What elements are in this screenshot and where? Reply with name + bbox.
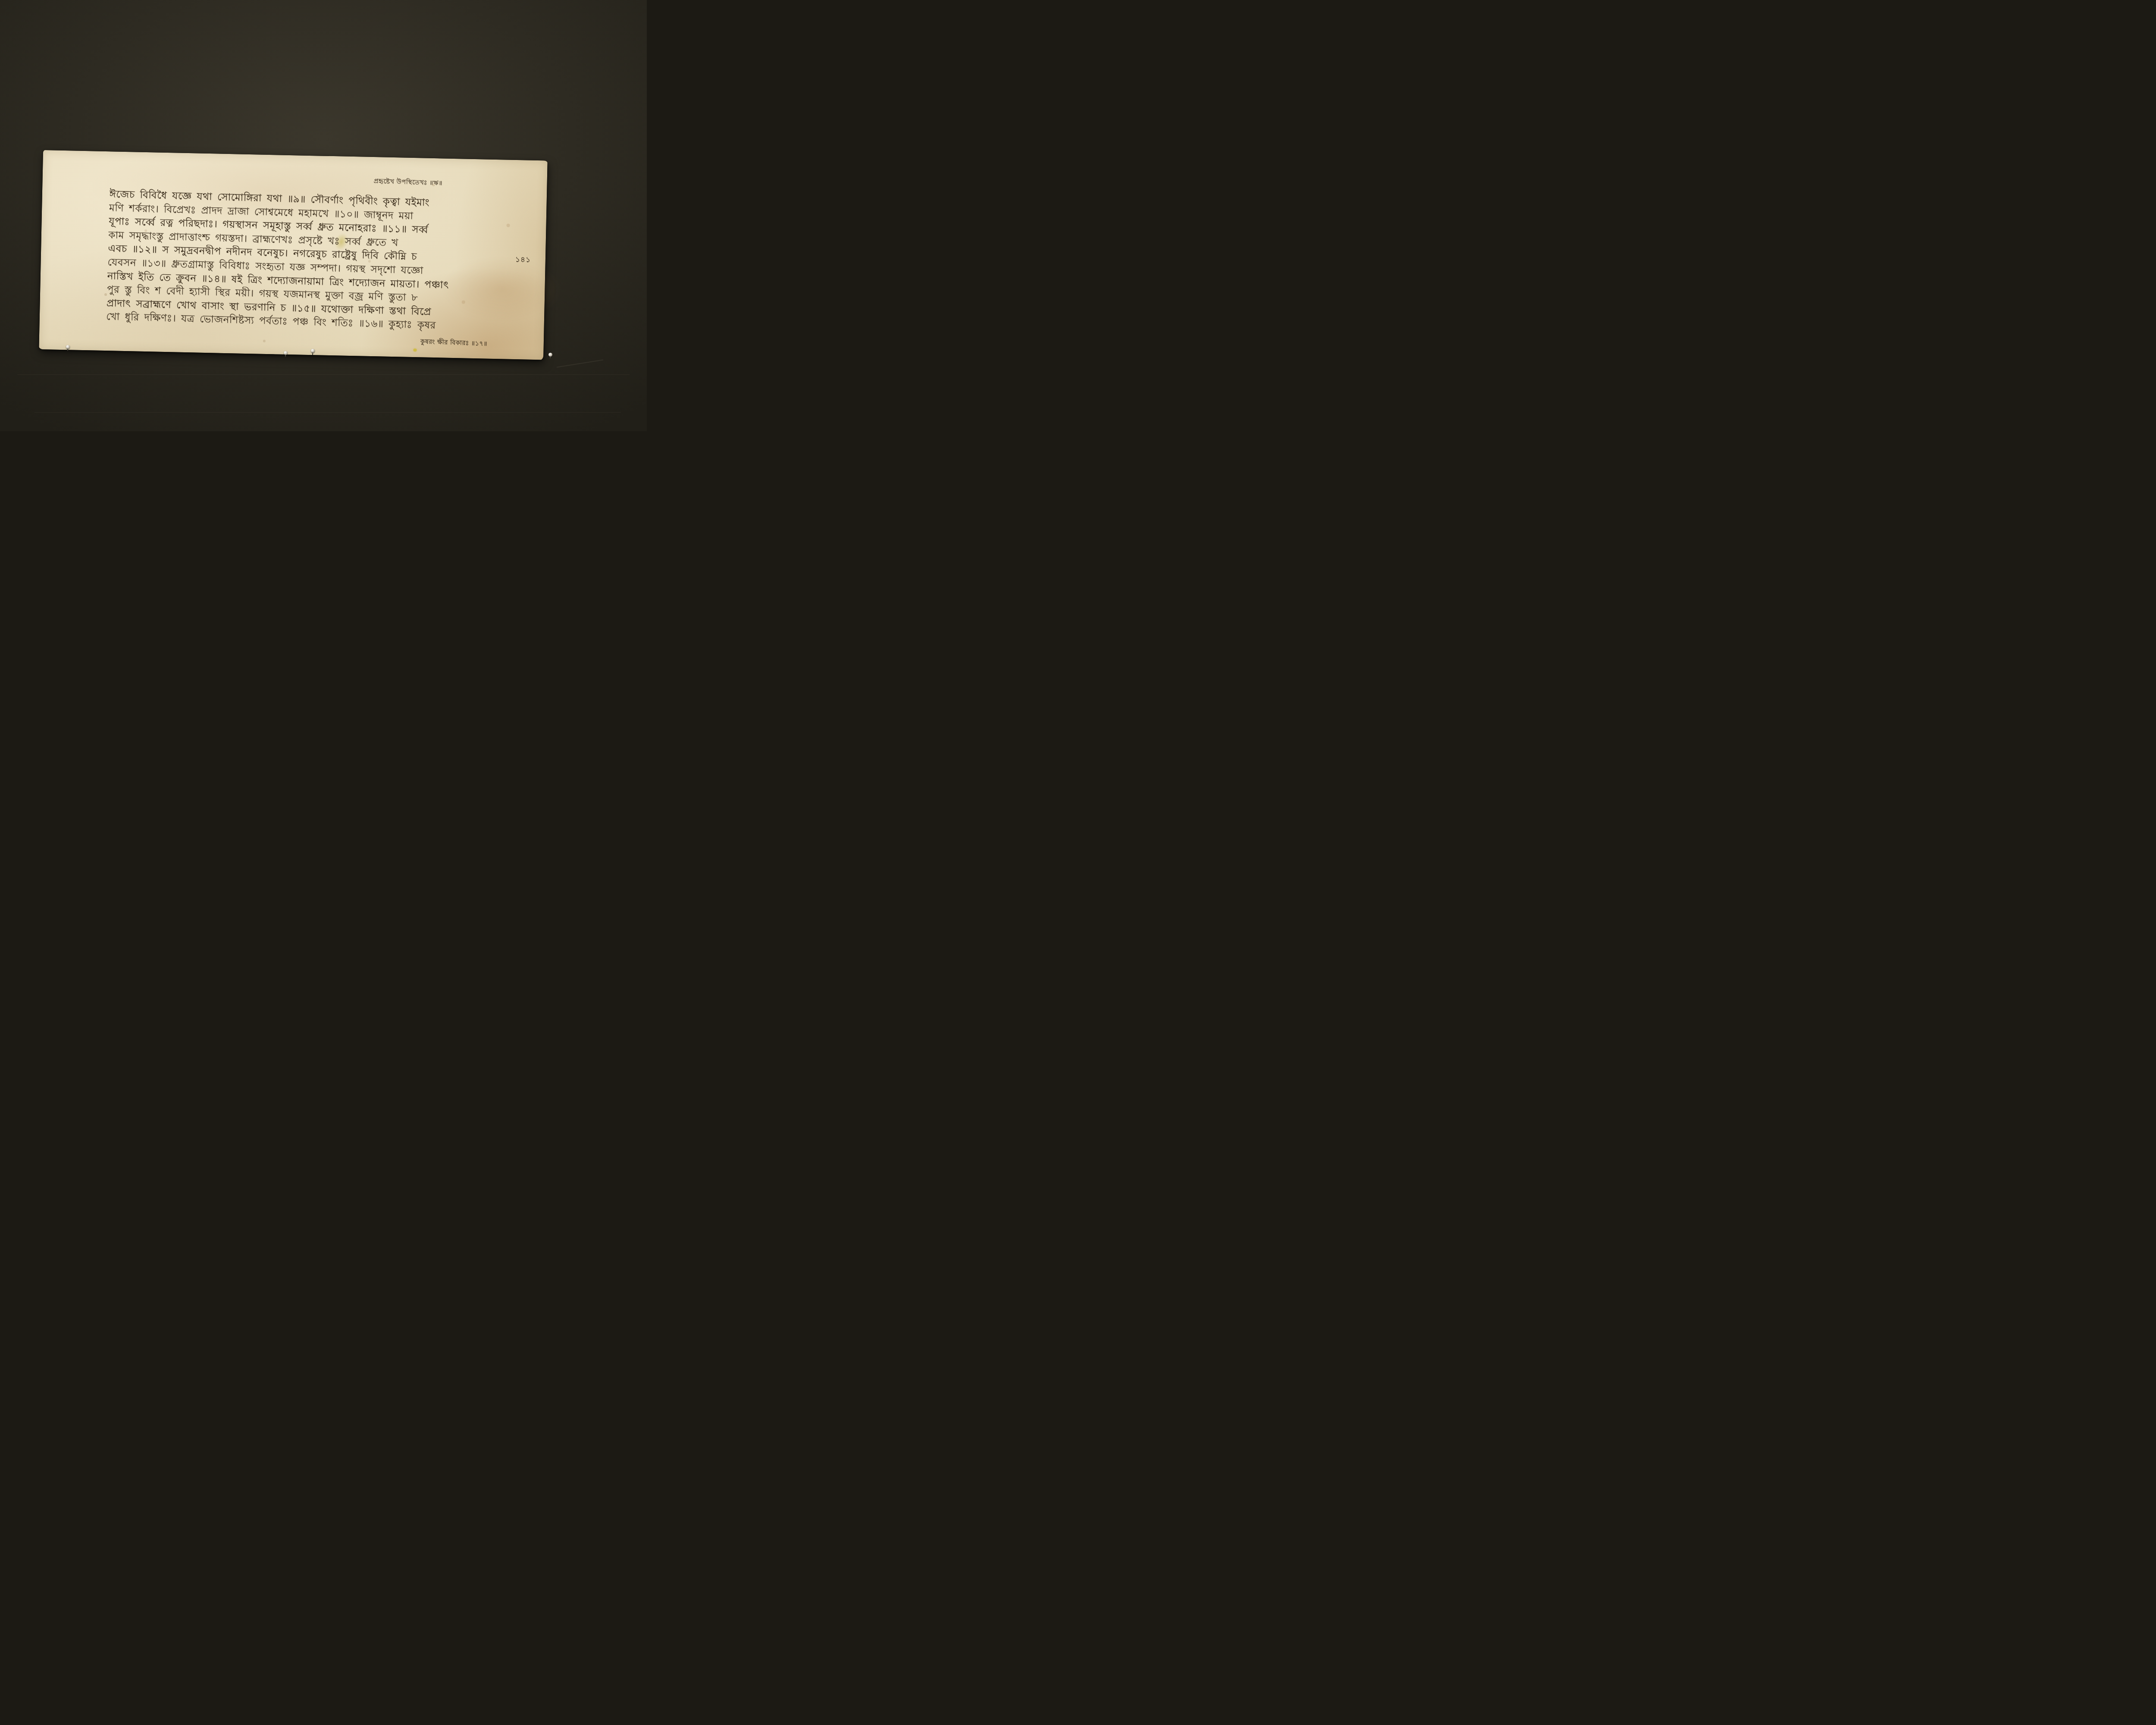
header-annotation: প্রহৃষ্টেখ উপস্থিতেখঃ ॥ঋ॥: [373, 176, 442, 189]
board-groove-line: [17, 374, 630, 375]
manuscript-text-block: ঈজেচ বিবিধৈ যজ্ঞে যথা সোমোঙ্গিরা যথা ॥৯॥…: [106, 188, 530, 335]
push-pin-icon: [311, 349, 315, 353]
scratch-mark: [388, 354, 451, 355]
scratch-mark: [557, 359, 604, 367]
push-pin-icon: [548, 353, 552, 357]
yellow-fleck-stain: [413, 348, 417, 351]
photo-board: প্রহৃষ্টেখ উপস্থিতেখঃ ॥ঋ॥ ঈজেচ বিবিধৈ যজ…: [0, 0, 647, 431]
folio-number: ১৪১: [515, 254, 531, 267]
footer-annotation: কুষরং ক্ষীর বিকারঃ ॥১৭॥: [420, 337, 487, 349]
scratch-mark: [274, 354, 326, 354]
manuscript-paper: প্রহৃষ্টেখ উপস্থিতেখঃ ॥ঋ॥ ঈজেচ বিবিধৈ যজ…: [39, 150, 547, 360]
board-groove-line: [34, 412, 621, 413]
